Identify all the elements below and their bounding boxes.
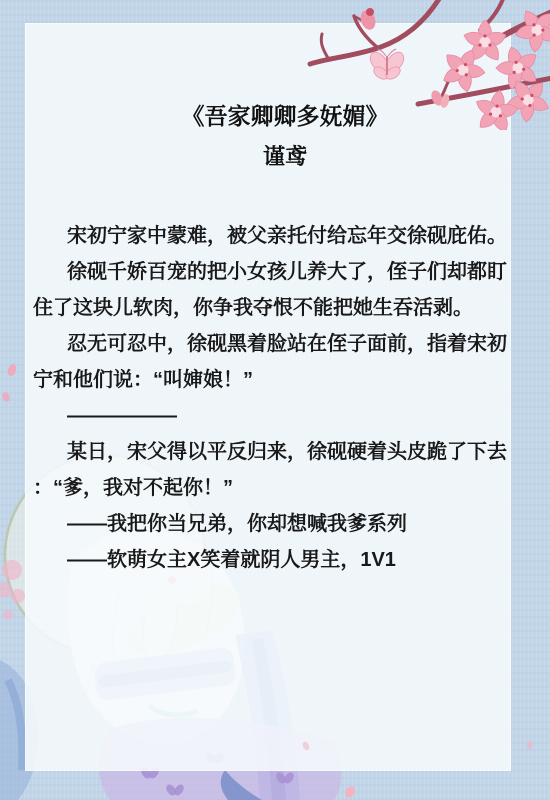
heading-block: 《吾家卿卿多妩媚》 谨鸢 [33, 100, 511, 172]
butterfly-icon [367, 49, 408, 82]
body-line: 宋初宁家中蒙难，被父亲托付给忘年交徐砚庇佑。 [33, 218, 511, 254]
separator-line: —————— [33, 398, 511, 434]
novel-intro: 《吾家卿卿多妩媚》 谨鸢 宋初宁家中蒙难，被父亲托付给忘年交徐砚庇佑。 徐砚千娇… [33, 100, 511, 578]
author-name: 谨鸢 [59, 142, 511, 172]
body-line: ——我把你当兄弟，你却想喊我爹系列 [33, 506, 511, 542]
body-line: 宁和他们说：“叫婶娘！” [33, 362, 511, 398]
page-background: 《吾家卿卿多妩媚》 谨鸢 宋初宁家中蒙难，被父亲托付给忘年交徐砚庇佑。 徐砚千娇… [0, 0, 550, 800]
body-line: 忍无可忍中，徐砚黑着脸站在侄子面前，指着宋初 [33, 326, 511, 362]
synopsis: 宋初宁家中蒙难，被父亲托付给忘年交徐砚庇佑。 徐砚千娇百宠的把小女孩儿养大了，侄… [33, 218, 511, 578]
body-line: ：“爹，我对不起你！” [33, 470, 511, 506]
body-line: ——软萌女主X笑着就阴人男主，1V1 [33, 542, 511, 578]
body-line: 徐砚千娇百宠的把小女孩儿养大了，侄子们却都盯 [33, 254, 511, 290]
body-line: 某日，宋父得以平反归来，徐砚硬着头皮跪了下去 [33, 434, 511, 470]
novel-title: 《吾家卿卿多妩媚》 [59, 100, 511, 132]
body-line: 住了这块儿软肉，你争我夺恨不能把她生吞活剥。 [33, 290, 511, 326]
